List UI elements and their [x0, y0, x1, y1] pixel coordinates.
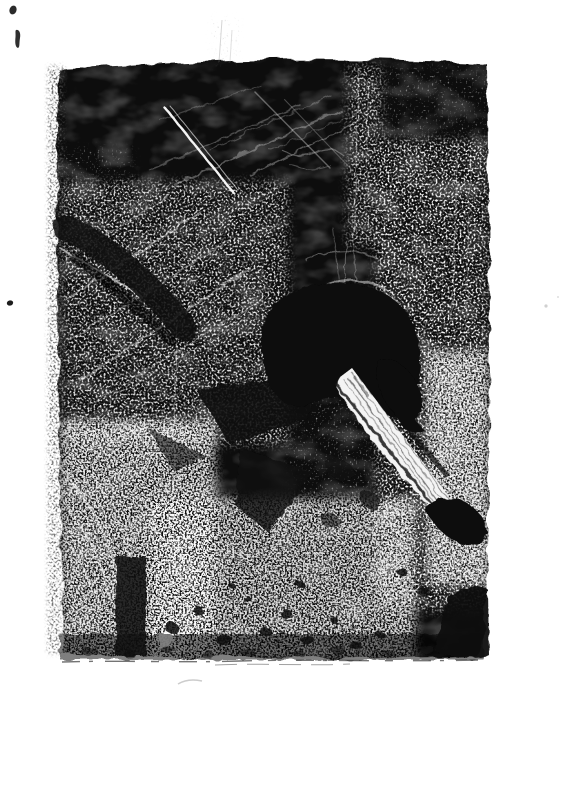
scanned-print-page: black ink monotype print of an abstract …: [0, 0, 571, 795]
print-block: [48, 60, 497, 664]
top-edge-wisp: [210, 16, 240, 66]
monotype-artwork: black ink monotype print of an abstract …: [0, 0, 571, 795]
